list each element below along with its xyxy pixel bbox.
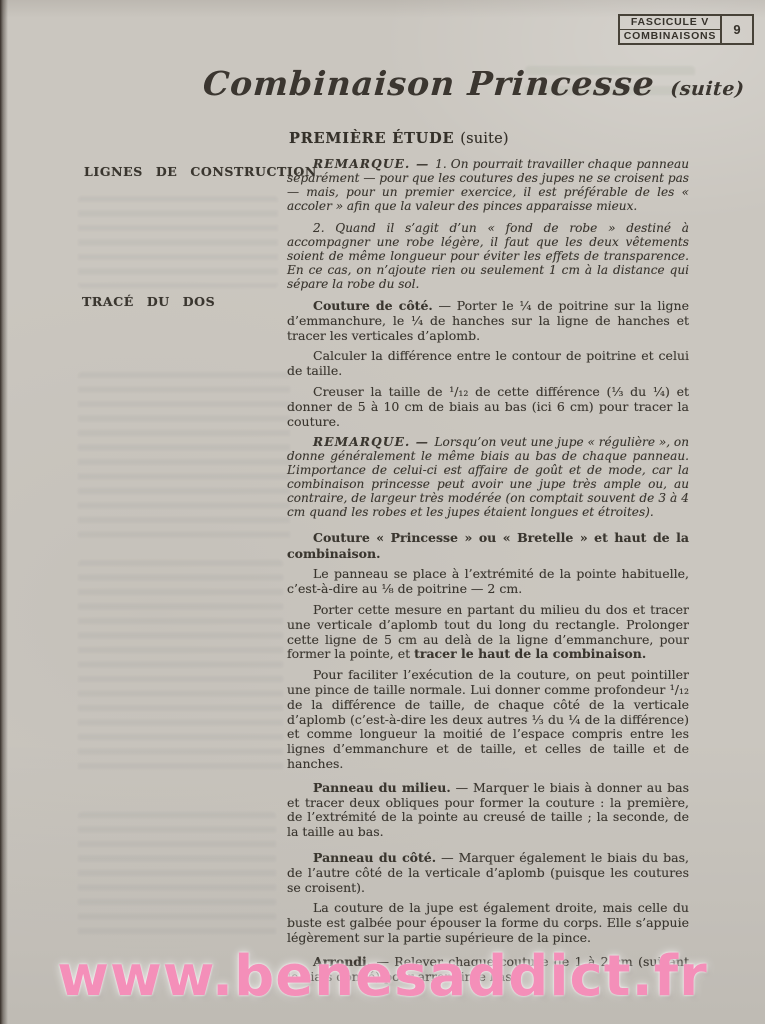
fascicule-label: FASCICULE V (620, 16, 720, 30)
paragraph-text: Couture « Princesse » ou « Bretelle » et… (287, 530, 689, 561)
remark-paragraph: 2. Quand il s’agit d’un « fond de robe »… (287, 221, 689, 291)
fascicule-box: FASCICULE V COMBINAISONS 9 (618, 14, 754, 45)
paragraph-lead: Couture de côté. (313, 298, 433, 313)
body-paragraph: Pour faciliter l’exécution de la couture… (287, 668, 689, 772)
margin-heading-trace-du-dos: TRACÉ DU DOS (82, 294, 215, 309)
paragraph-text: Le panneau se place à l’extrémité de la … (287, 566, 689, 596)
page-number: 9 (720, 16, 752, 43)
section-heading-text: PREMIÈRE ÉTUDE (289, 130, 454, 147)
page-showthrough (78, 812, 276, 940)
scanned-page: FASCICULE V COMBINAISONS 9 Combinaison P… (0, 0, 765, 1024)
body-paragraph: Porter cette mesure en partant du milieu… (287, 603, 689, 662)
subheading-couture-princesse: Couture « Princesse » ou « Bretelle » et… (287, 530, 689, 562)
body-paragraph: Panneau du côté. — Marquer également le … (287, 851, 689, 895)
paragraph-text: 2. Quand il s’agit d’un « fond de robe »… (287, 221, 689, 291)
page-showthrough (78, 372, 290, 542)
margin-heading-lignes-de-construction: LIGNES DE CONSTRUCTION (84, 164, 317, 179)
page-title-suffix: (suite) (670, 78, 746, 100)
paragraph-text: Calculer la différence entre le contour … (287, 348, 689, 378)
section-heading: PREMIÈRE ÉTUDE (suite) (289, 130, 689, 147)
body-paragraph: Panneau du milieu. — Marquer le biais à … (287, 781, 689, 840)
paragraph-lead: REMARQUE. — (313, 157, 435, 171)
remark-paragraph: REMARQUE. — Lorsqu’on veut une jupe « ré… (287, 435, 689, 519)
page-title-text: Combinaison Princesse (202, 64, 656, 103)
paragraph-text: Pour faciliter l’exécution de la couture… (287, 667, 689, 771)
body-paragraph: Le panneau se place à l’extrémité de la … (287, 567, 689, 597)
body-paragraph: Couture de côté. — Porter le ¼ de poitri… (287, 299, 689, 343)
collection-label: COMBINAISONS (620, 30, 720, 43)
page-showthrough (78, 196, 278, 288)
body-paragraph: Calculer la différence entre le contour … (287, 349, 689, 379)
body-paragraph: Creuser la taille de ¹/₁₂ de cette diffé… (287, 385, 689, 429)
watermark: www.benesaddict.fr (0, 944, 765, 1009)
paragraph-text: Creuser la taille de ¹/₁₂ de cette diffé… (287, 384, 689, 429)
paragraph-lead: REMARQUE. — (313, 435, 435, 449)
paragraph-bold-tail: tracer le haut de la combinaison. (414, 646, 646, 661)
remark-paragraph: REMARQUE. — 1. On pourrait travailler ch… (287, 157, 689, 213)
paragraph-lead: Panneau du milieu. (313, 780, 451, 795)
page-showthrough (78, 560, 283, 775)
paragraph-lead: Panneau du côté. (313, 850, 436, 865)
body-paragraph: La couture de la jupe est également droi… (287, 901, 689, 945)
main-text-column: PREMIÈRE ÉTUDE (suite) REMARQUE. — 1. On… (287, 130, 689, 990)
page-title: Combinaison Princesse(suite) (202, 64, 747, 103)
fascicule-box-labels: FASCICULE V COMBINAISONS (620, 16, 720, 43)
section-heading-suffix: (suite) (460, 131, 509, 147)
paragraph-text: La couture de la jupe est également droi… (287, 900, 689, 945)
